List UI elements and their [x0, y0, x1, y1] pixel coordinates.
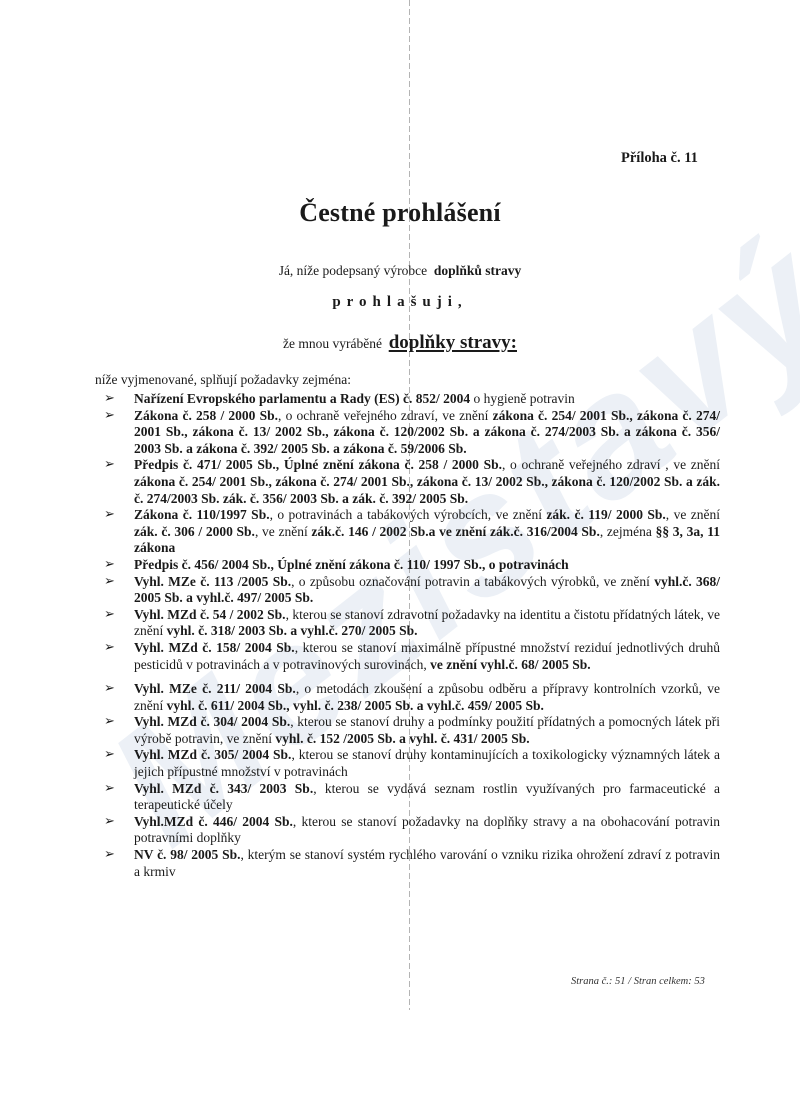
arrow-bullet-icon: ➢: [104, 640, 115, 657]
list-item-bold-text: zák. č. 306 / 2000 Sb.: [134, 524, 255, 539]
list-item-text: , o způsobu označování potravin a tabáko…: [291, 574, 654, 589]
list-item: ➢Zákona č. 258 / 2000 Sb., o ochraně veř…: [100, 408, 720, 458]
list-item-bold-text: Nařízení Evropského parlamentu a Rady (E…: [134, 391, 470, 406]
arrow-bullet-icon: ➢: [104, 747, 115, 764]
list-item-bold-text: NV č. 98/ 2005 Sb.: [134, 847, 241, 862]
arrow-bullet-icon: ➢: [104, 681, 115, 698]
list-item-text: , ve znění: [255, 524, 311, 539]
list-item: ➢Vyhl. MZe č. 211/ 2004 Sb., o metodách …: [100, 681, 720, 714]
arrow-bullet-icon: ➢: [104, 607, 115, 624]
list-item-text: , o ochraně veřejného zdraví, ve znění: [278, 408, 493, 423]
list-item-text: , zejména: [600, 524, 656, 539]
arrow-bullet-icon: ➢: [104, 574, 115, 591]
produced-line: že mnou vyráběné doplňky stravy:: [0, 332, 800, 354]
list-item: ➢Předpis č. 471/ 2005 Sb., Úplné znění z…: [100, 457, 720, 507]
list-item: ➢Vyhl. MZd č. 304/ 2004 Sb., kterou se s…: [100, 714, 720, 747]
list-item-bold-text: Vyhl. MZd č. 305/ 2004 Sb.: [134, 747, 291, 762]
list-item-bold-text: Vyhl. MZe č. 113 /2005 Sb.: [134, 574, 291, 589]
list-item-bold-text: Předpis č. 471/ 2005 Sb., Úplné znění zá…: [134, 457, 502, 472]
list-item-bold-text: zák.č. 146 / 2002 Sb.a ve znění zák.č. 3…: [311, 524, 599, 539]
intro-prefix: Já, níže podepsaný výrobce: [279, 263, 427, 278]
list-item: ➢Vyhl. MZe č. 113 /2005 Sb., o způsobu o…: [100, 574, 720, 607]
list-item-bold-text: Vyhl.MZd č. 446/ 2004 Sb.: [134, 814, 293, 829]
list-item: ➢Nařízení Evropského parlamentu a Rady (…: [100, 391, 720, 408]
list-item-bold-text: ve znění vyhl.č. 68/ 2005 Sb.: [430, 657, 591, 672]
list-item: ➢Vyhl. MZd č. 54 / 2002 Sb., kterou se s…: [100, 607, 720, 640]
list-item-bold-text: Vyhl. MZd č. 343/ 2003 Sb.: [134, 781, 313, 796]
list-item-bold-text: Vyhl. MZd č. 158/ 2004 Sb.: [134, 640, 295, 655]
list-item: ➢Předpis č. 456/ 2004 Sb., Úplné znění z…: [100, 557, 720, 574]
produced-bold: doplňky stravy:: [389, 332, 517, 353]
list-item-bold-text: vyhl. č. 152 /2005 Sb. a vyhl. č. 431/ 2…: [275, 731, 529, 746]
list-item-bold-text: zák. č. 119/ 2000 Sb.: [546, 507, 665, 522]
arrow-bullet-icon: ➢: [104, 507, 115, 524]
list-item: ➢Vyhl. MZd č. 343/ 2003 Sb., kterou se v…: [100, 781, 720, 814]
arrow-bullet-icon: ➢: [104, 781, 115, 798]
declaration-word: prohlašuji,: [0, 294, 800, 311]
list-item-bold-text: Zákona č. 110/1997 Sb.: [134, 507, 270, 522]
list-item-bold-text: zákona č. 254/ 2001 Sb., zákona č. 274/ …: [134, 474, 720, 506]
list-item-text: o hygieně potravin: [470, 391, 575, 406]
arrow-bullet-icon: ➢: [104, 714, 115, 731]
arrow-bullet-icon: ➢: [104, 814, 115, 831]
lead-in-text: níže vyjmenované, splňují požadavky zejm…: [95, 372, 351, 388]
arrow-bullet-icon: ➢: [104, 408, 115, 425]
list-item: ➢Vyhl. MZd č. 305/ 2004 Sb., kterou se s…: [100, 747, 720, 780]
page-title: Čestné prohlášení: [0, 198, 800, 228]
list-item: ➢Vyhl.MZd č. 446/ 2004 Sb., kterou se st…: [100, 814, 720, 847]
annex-label: Příloha č. 11: [621, 150, 698, 167]
list-item: ➢NV č. 98/ 2005 Sb., kterým se stanoví s…: [100, 847, 720, 880]
list-item-text: , ve znění: [666, 507, 720, 522]
arrow-bullet-icon: ➢: [104, 391, 115, 408]
intro-bold: doplňků stravy: [434, 263, 521, 278]
arrow-bullet-icon: ➢: [104, 847, 115, 864]
intro-line: Já, níže podepsaný výrobce doplňků strav…: [0, 263, 800, 279]
list-item-bold-text: Předpis č. 456/ 2004 Sb., Úplné znění zá…: [134, 557, 569, 572]
list-item-bold-text: Vyhl. MZd č. 304/ 2004 Sb.: [134, 714, 290, 729]
document-page: Mezistavý s.r.o. Příloha č. 11 Čestné pr…: [0, 0, 800, 1100]
list-item-text: , o ochraně veřejného zdraví , ve znění: [502, 457, 720, 472]
list-item-text: , o potravinách a tabákových výrobcích, …: [270, 507, 547, 522]
list-item-bold-text: Vyhl. MZd č. 54 / 2002 Sb.: [134, 607, 286, 622]
list-item: ➢Zákona č. 110/1997 Sb., o potravinách a…: [100, 507, 720, 557]
list-item-bold-text: Vyhl. MZe č. 211/ 2004 Sb.: [134, 681, 296, 696]
list-item: ➢Vyhl. MZd č. 158/ 2004 Sb., kterou se s…: [100, 640, 720, 673]
page-footer: Strana č.: 51 / Stran celkem: 53: [571, 976, 705, 987]
regulation-list: ➢Nařízení Evropského parlamentu a Rady (…: [100, 391, 720, 880]
produced-prefix: že mnou vyráběné: [283, 336, 382, 351]
list-item-bold-text: vyhl. č. 318/ 2003 Sb. a vyhl.č. 270/ 20…: [167, 623, 418, 638]
arrow-bullet-icon: ➢: [104, 457, 115, 474]
list-item-bold-text: vyhl. č. 611/ 2004 Sb., vyhl. č. 238/ 20…: [167, 698, 544, 713]
arrow-bullet-icon: ➢: [104, 557, 115, 574]
list-item-bold-text: Zákona č. 258 / 2000 Sb.: [134, 408, 278, 423]
